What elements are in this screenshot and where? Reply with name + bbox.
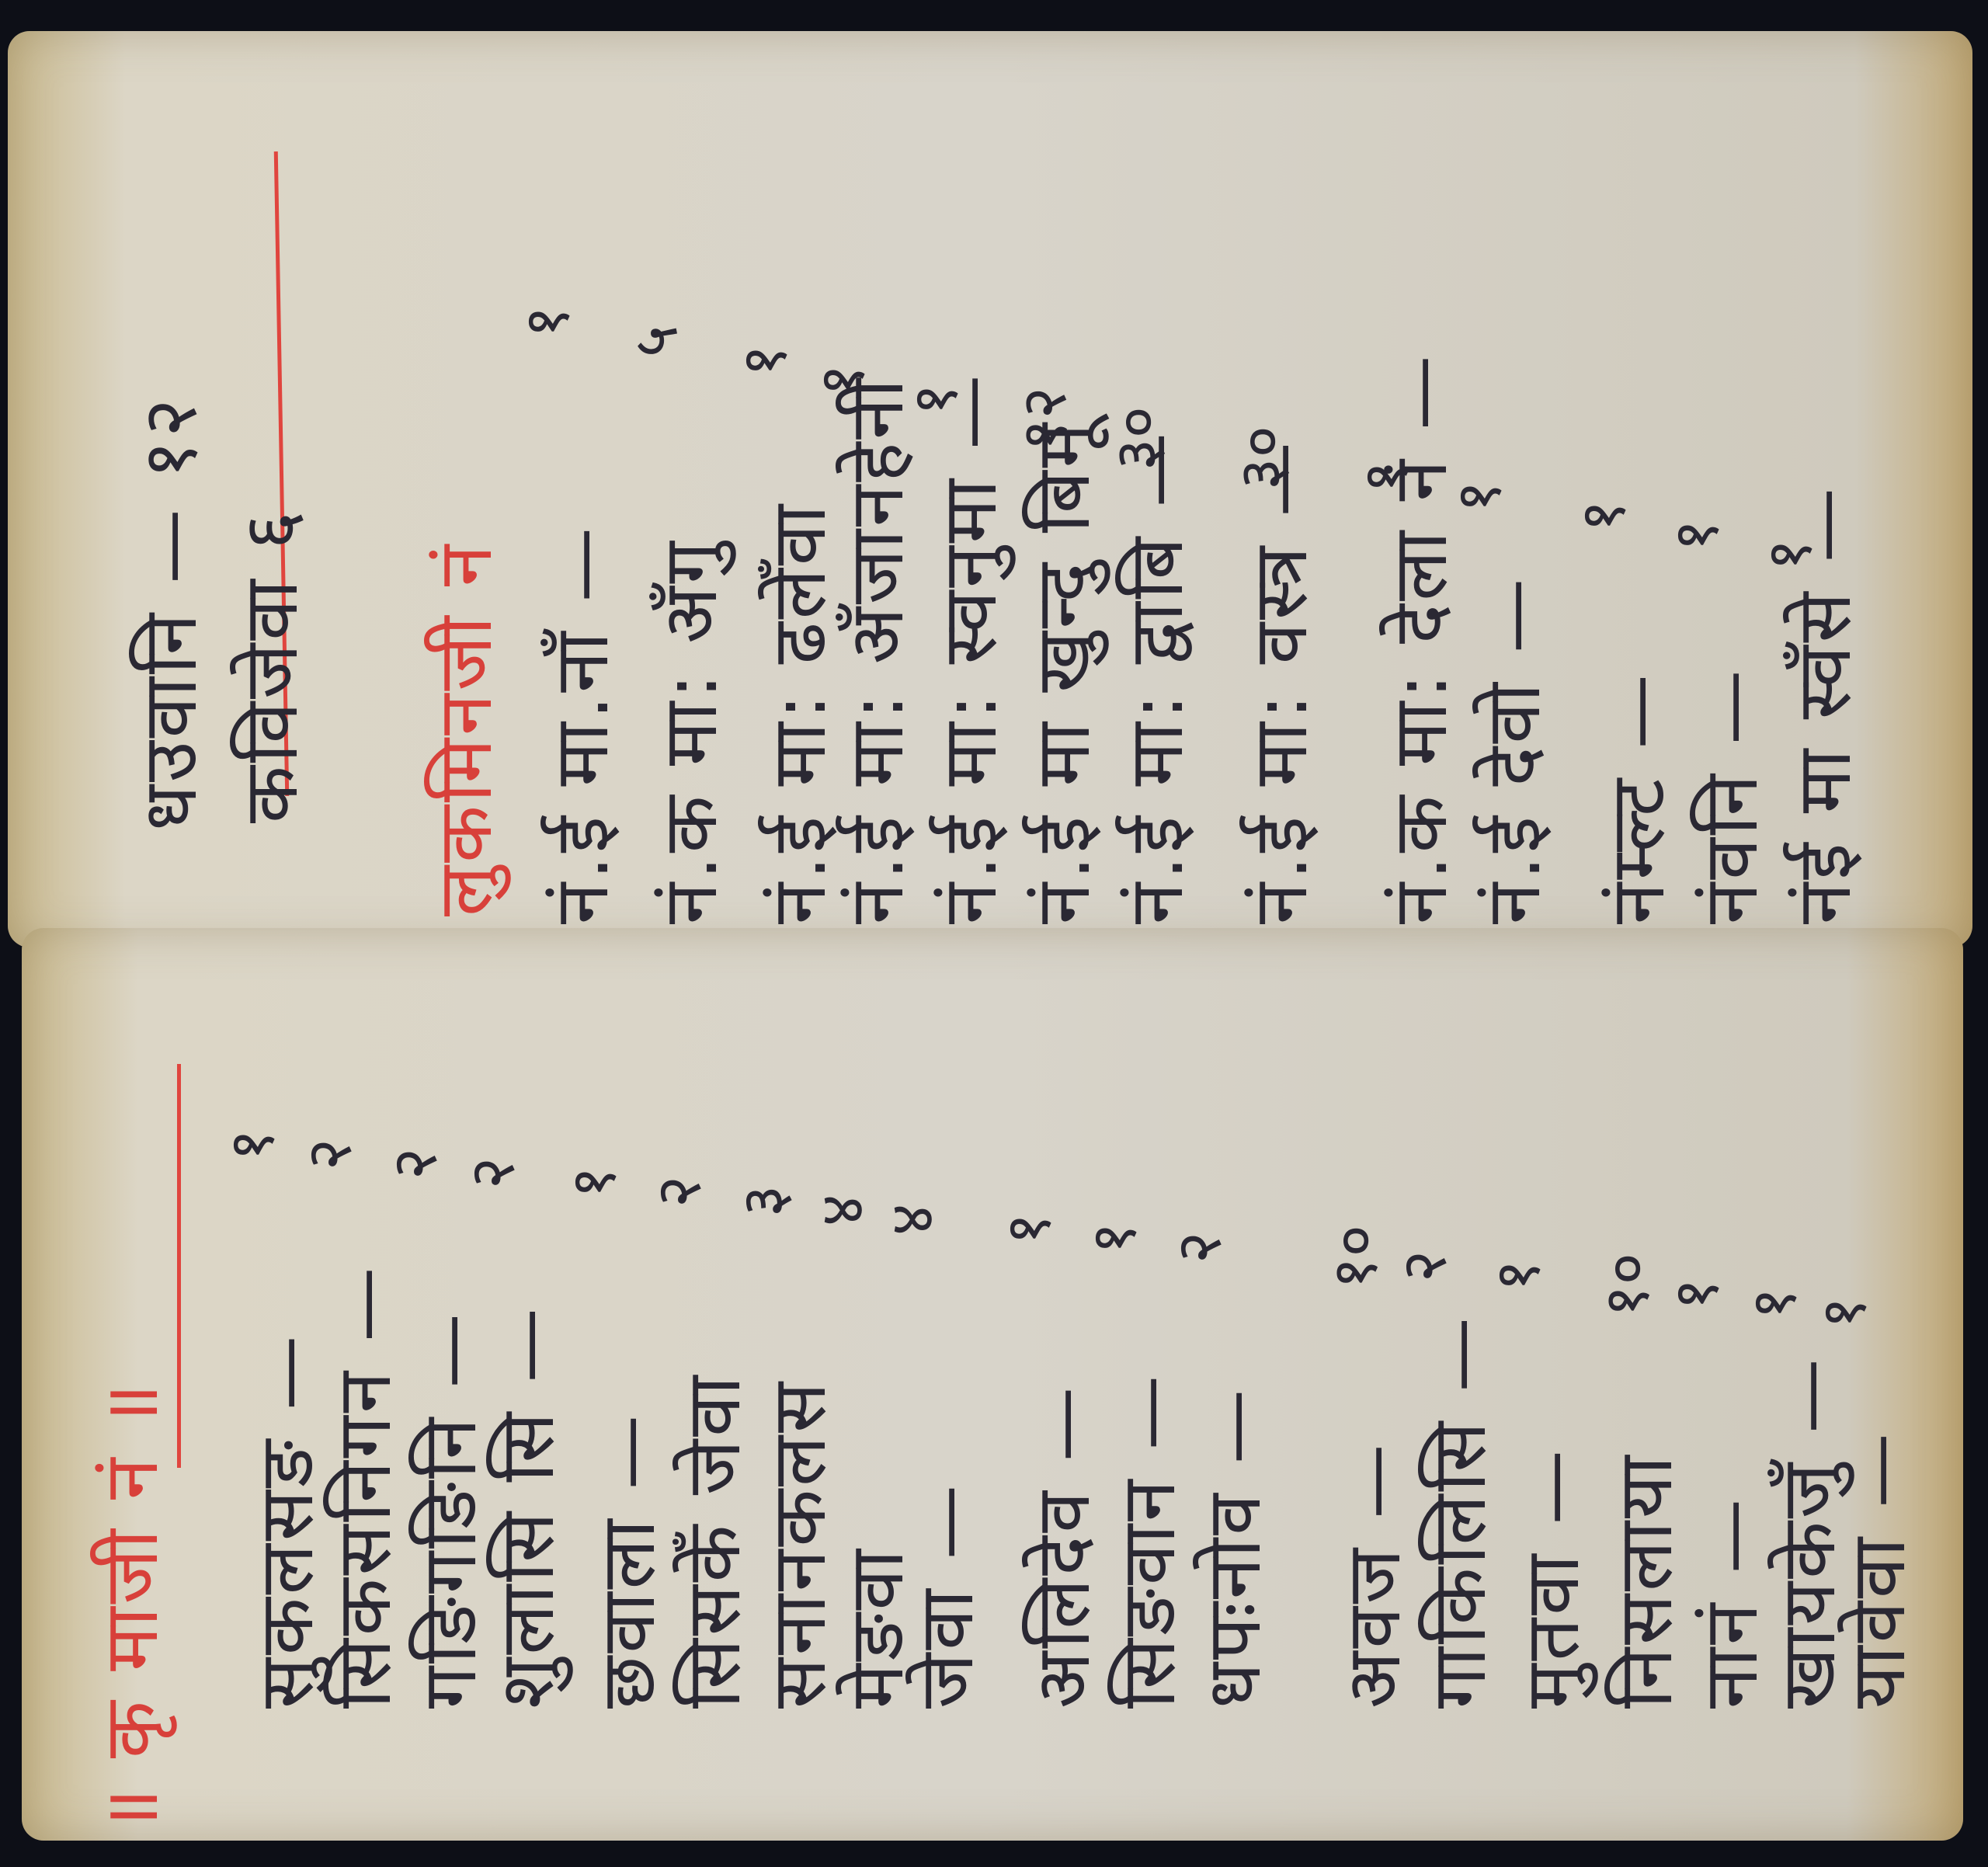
top-list-value: १ — [890, 384, 975, 416]
bottom-list-line: गाकिलिसि — — [1406, 1314, 1507, 1709]
top-list-value: १ — [1340, 461, 1425, 494]
top-list-line: नंवनि — — [1677, 667, 1779, 924]
top-list-value: १ — [797, 364, 881, 397]
bottom-list-value: १ — [983, 1213, 1068, 1246]
top-list-line: नं.क मा: देला नं — — [1367, 353, 1468, 924]
top-list-line: नं.ई मा: अँजानहेनी — [823, 376, 925, 924]
bottom-list-value: २ — [370, 1148, 454, 1180]
bottom-list-value: २ — [284, 1139, 369, 1171]
bottom-list-line: जेवा — — [893, 1482, 995, 1709]
bottom-list-value: २ — [1154, 1232, 1239, 1264]
bottom-list-value: १ — [1472, 1260, 1557, 1292]
bottom-list-line: धपःनोव — — [1180, 1386, 1282, 1709]
top-list-line: नं.ई मा: द्वाबि — — [1103, 429, 1204, 924]
bottom-list-value: १ — [207, 1129, 291, 1162]
top-list-value: ३० — [1217, 426, 1302, 490]
bottom-list-value: १ — [1799, 1297, 1883, 1330]
top-list-value: १ — [1744, 539, 1829, 572]
top-list-line: नं.ई मा.नाँ — — [528, 524, 630, 924]
top-list-line: नं.ई मा खुन्दु बिमू — [1010, 420, 1111, 924]
top-list-value: १ — [502, 306, 586, 339]
top-list-line: नं.ई देवाे — — [1460, 575, 1562, 924]
top-list-line: नंम्ल्ट — — [1584, 671, 1686, 924]
bottom-list-line: मुतवा — — [1499, 1447, 1600, 1709]
bottom-list-value: १ — [1651, 1278, 1736, 1311]
top-section-title: लुकमिनजी नं — [412, 542, 513, 916]
bottom-list-value: ३ — [719, 1185, 804, 1218]
top-list-line: नं.क मा: अँगु — [637, 538, 739, 924]
bottom-list-line: यावेवा — — [1825, 1430, 1927, 1709]
bottom-section-title: ॥ कृ माजी नं ॥ — [78, 1381, 179, 1833]
top-list-line: नं.ई मा: वस्त्र — — [1227, 439, 1329, 924]
top-list-value: १ — [719, 345, 804, 377]
top-list-value: १ — [1434, 481, 1518, 513]
bottom-list-value: १ — [1069, 1222, 1153, 1255]
top-list-value: १२ — [999, 387, 1084, 451]
top-list-line: नं.ई मा: स्वनुमा — — [916, 372, 1018, 924]
top-header-line-2: कविजेवा ६ — [217, 508, 319, 823]
bottom-list-value: २ — [447, 1157, 532, 1190]
top-list-value: १ — [1558, 500, 1642, 533]
bottom-list-value: २ — [634, 1176, 718, 1208]
top-list-value: ५ — [610, 325, 695, 358]
top-header-line-1: धउवानि — १२ — [116, 395, 218, 831]
bottom-list-value: ४ — [867, 1204, 951, 1236]
bottom-list-value: २ — [1379, 1250, 1464, 1283]
bottom-list-line: शुलासि सि — — [474, 1305, 575, 1709]
top-list-value: १ — [1651, 520, 1736, 552]
bottom-list-value: १ — [548, 1166, 633, 1199]
top-list-value: ३० — [1093, 406, 1177, 471]
